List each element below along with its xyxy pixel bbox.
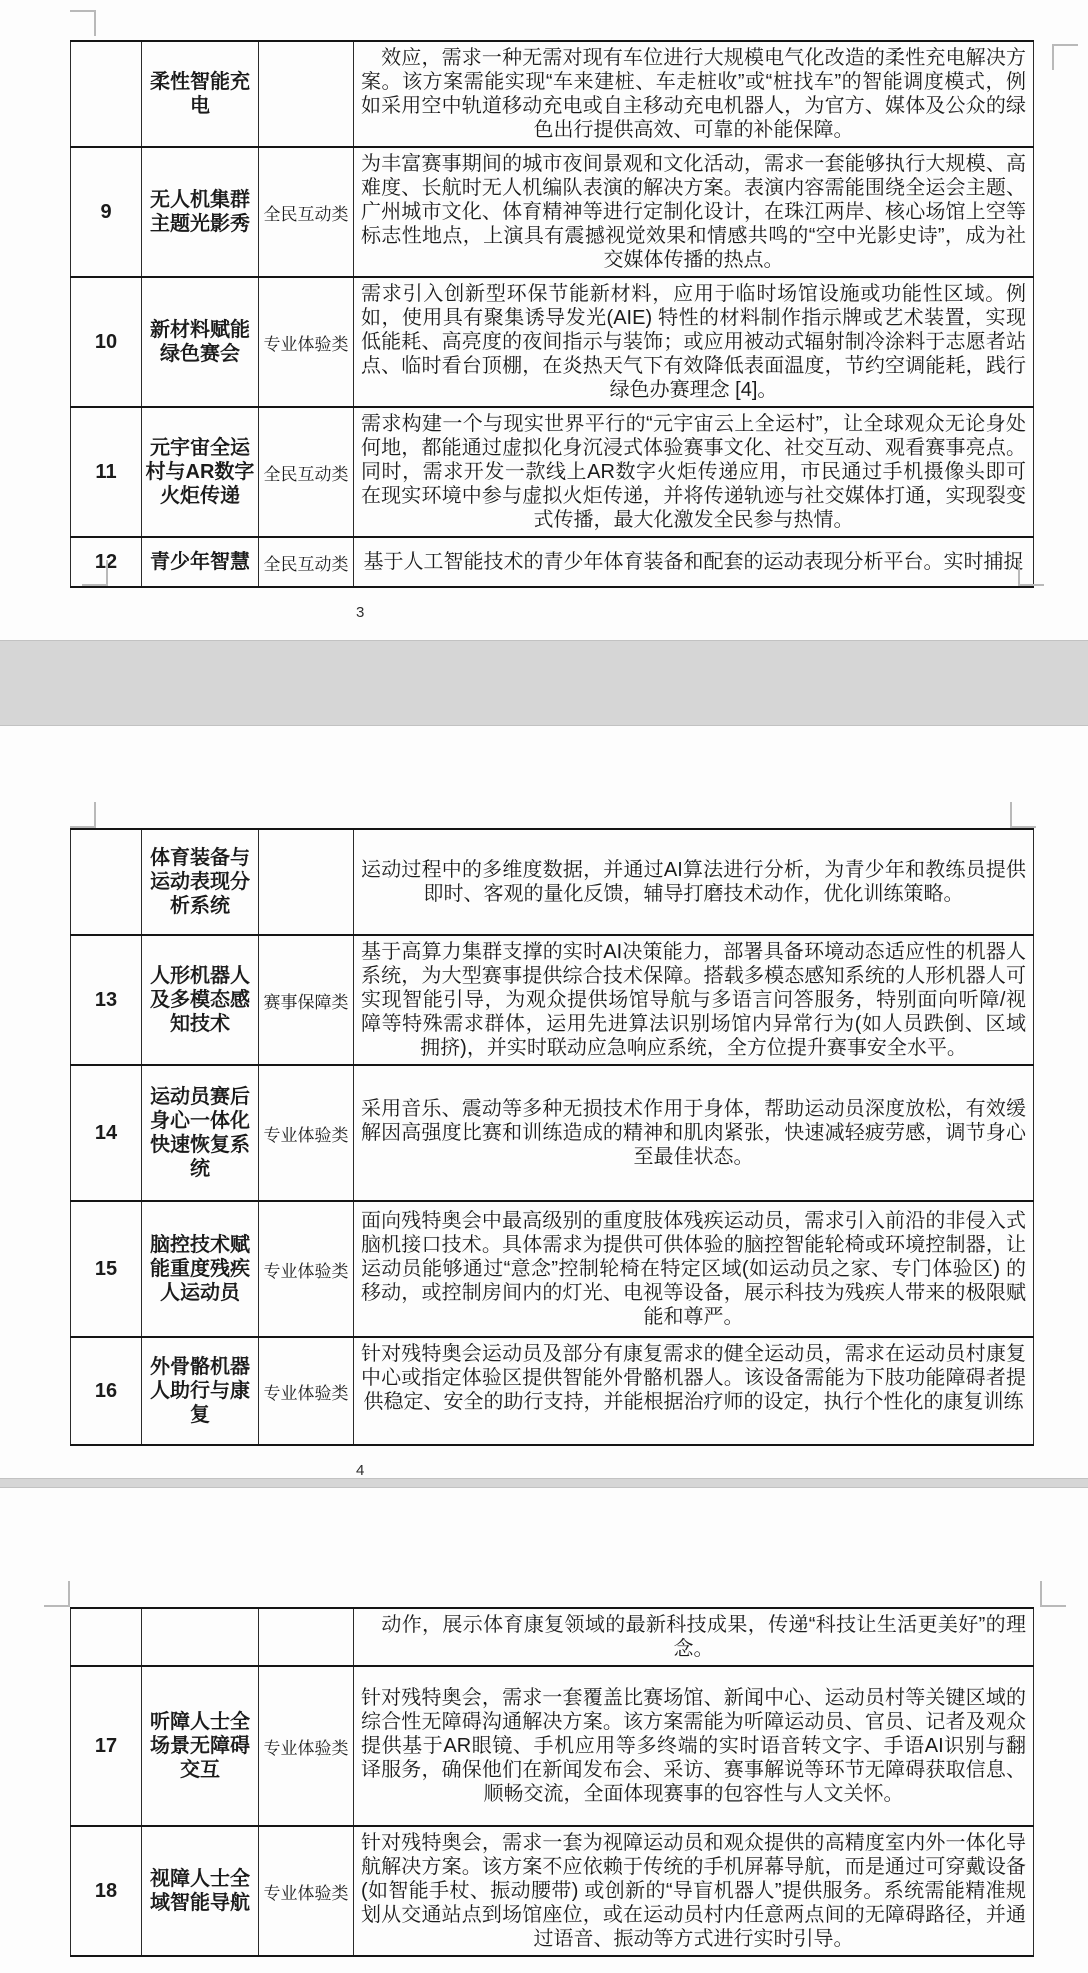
item-category-cell: 全民互动类	[259, 537, 354, 587]
table-row: 12青少年智慧全民互动类基于人工智能技术的青少年体育装备和配套的运动表现分析平台…	[71, 537, 1034, 587]
item-description-cell: 动作，展示体育康复领域的最新科技成果，传递“科技让生活更美好”的理念。	[354, 1608, 1034, 1666]
item-title-cell: 柔性智能充电	[142, 41, 259, 147]
item-category-cell: 专业体验类	[259, 1201, 354, 1337]
item-number-cell: 16	[71, 1337, 142, 1445]
item-number-cell	[71, 829, 142, 935]
item-description-cell: 采用音乐、震动等多种无损技术作用于身体，帮助运动员深度放松，有效缓解因高强度比赛…	[354, 1065, 1034, 1201]
item-category-cell	[259, 829, 354, 935]
item-category-cell: 专业体验类	[259, 277, 354, 407]
item-description-cell: 针对残特奥会，需求一套覆盖比赛场馆、新闻中心、运动员村等关键区域的综合性无障碍沟…	[354, 1666, 1034, 1826]
document-page-3: 柔性智能充电 效应，需求一种无需对现有车位进行大规模电气化改造的柔性充电解决方案…	[0, 0, 1088, 640]
item-description-cell: 基于人工智能技术的青少年体育装备和配套的运动表现分析平台。实时捕捉	[354, 537, 1034, 587]
table-row: 9无人机集群主题光影秀全民互动类为丰富赛事期间的城市夜间景观和文化活动，需求一套…	[71, 147, 1034, 277]
item-category-cell: 专业体验类	[259, 1065, 354, 1201]
margin-mark	[1010, 802, 1036, 828]
margin-mark	[1018, 560, 1044, 586]
page-number: 4	[356, 1462, 1088, 1478]
table-row: 10新材料赋能绿色赛会专业体验类需求引入创新型环保节能新材料，应用于临时场馆设施…	[71, 277, 1034, 407]
item-title-cell: 视障人士全域智能导航	[142, 1826, 259, 1956]
item-title-cell: 外骨骼机器人助行与康复	[142, 1337, 259, 1445]
item-title-cell: 无人机集群主题光影秀	[142, 147, 259, 277]
item-category-cell: 全民互动类	[259, 147, 354, 277]
requirements-table: 动作，展示体育康复领域的最新科技成果，传递“科技让生活更美好”的理念。17听障人…	[70, 1607, 1034, 1957]
table-row: 动作，展示体育康复领域的最新科技成果，传递“科技让生活更美好”的理念。	[71, 1608, 1034, 1666]
margin-mark	[1040, 1581, 1066, 1607]
table-row: 16外骨骼机器人助行与康复专业体验类针对残特奥会运动员及部分有康复需求的健全运动…	[71, 1337, 1034, 1445]
item-description-cell: 针对残特奥会运动员及部分有康复需求的健全运动员，需求在运动员村康复中心或指定体验…	[354, 1337, 1034, 1445]
item-title-cell: 青少年智慧	[142, 537, 259, 587]
item-title-cell: 人形机器人及多模态感知技术	[142, 935, 259, 1065]
item-description-cell: 面向残特奥会中最高级别的重度肢体残疾运动员，需求引入前沿的非侵入式脑机接口技术。…	[354, 1201, 1034, 1337]
item-category-cell	[259, 41, 354, 147]
table-row: 17听障人士全场景无障碍交互专业体验类针对残特奥会，需求一套覆盖比赛场馆、新闻中…	[71, 1666, 1034, 1826]
margin-mark	[1052, 44, 1078, 70]
table-row: 柔性智能充电 效应，需求一种无需对现有车位进行大规模电气化改造的柔性充电解决方案…	[71, 41, 1034, 147]
item-title-cell	[142, 1608, 259, 1666]
requirements-table: 体育装备与运动表现分析系统运动过程中的多维度数据，并通过AI算法进行分析，为青少…	[70, 828, 1034, 1446]
item-title-cell: 元宇宙全运村与AR数字火炬传递	[142, 407, 259, 537]
item-description-cell: 需求引入创新型环保节能新材料，应用于临时场馆设施或功能性区域。例如，使用具有聚集…	[354, 277, 1034, 407]
item-description-cell: 针对残特奥会，需求一套为视障运动员和观众提供的高精度室内外一体化导航解决方案。该…	[354, 1826, 1034, 1956]
item-number-cell: 13	[71, 935, 142, 1065]
page-gap	[0, 640, 1088, 726]
document-page-4: 体育装备与运动表现分析系统运动过程中的多维度数据，并通过AI算法进行分析，为青少…	[0, 726, 1088, 1478]
table-row: 14运动员赛后身心一体化快速恢复系统专业体验类采用音乐、震动等多种无损技术作用于…	[71, 1065, 1034, 1201]
item-category-cell	[259, 1608, 354, 1666]
table-row: 18视障人士全域智能导航专业体验类针对残特奥会，需求一套为视障运动员和观众提供的…	[71, 1826, 1034, 1956]
margin-mark	[70, 10, 96, 36]
item-number-cell: 17	[71, 1666, 142, 1826]
item-description-cell: 为丰富赛事期间的城市夜间景观和文化活动，需求一套能够执行大规模、高难度、长航时无…	[354, 147, 1034, 277]
item-number-cell: 9	[71, 147, 142, 277]
table-row: 15脑控技术赋能重度残疾人运动员专业体验类面向残特奥会中最高级别的重度肢体残疾运…	[71, 1201, 1034, 1337]
item-title-cell: 新材料赋能绿色赛会	[142, 277, 259, 407]
table-row: 11元宇宙全运村与AR数字火炬传递全民互动类需求构建一个与现实世界平行的“元宇宙…	[71, 407, 1034, 537]
requirements-table: 柔性智能充电 效应，需求一种无需对现有车位进行大规模电气化改造的柔性充电解决方案…	[70, 40, 1034, 588]
item-title-cell: 体育装备与运动表现分析系统	[142, 829, 259, 935]
item-category-cell: 专业体验类	[259, 1826, 354, 1956]
margin-mark	[44, 1581, 70, 1607]
item-category-cell: 专业体验类	[259, 1666, 354, 1826]
item-description-cell: 效应，需求一种无需对现有车位进行大规模电气化改造的柔性充电解决方案。该方案需能实…	[354, 41, 1034, 147]
item-description-cell: 基于高算力集群支撑的实时AI决策能力，部署具备环境动态适应性的机器人系统，为大型…	[354, 935, 1034, 1065]
item-number-cell: 15	[71, 1201, 142, 1337]
page-gap	[0, 1478, 1088, 1488]
item-title-cell: 运动员赛后身心一体化快速恢复系统	[142, 1065, 259, 1201]
margin-mark	[82, 560, 108, 586]
item-number-cell	[71, 1608, 142, 1666]
item-category-cell: 专业体验类	[259, 1337, 354, 1445]
page-number: 3	[356, 604, 1088, 621]
document-page-5: 动作，展示体育康复领域的最新科技成果，传递“科技让生活更美好”的理念。17听障人…	[0, 1488, 1088, 1973]
requirements-table-body: 动作，展示体育康复领域的最新科技成果，传递“科技让生活更美好”的理念。17听障人…	[71, 1608, 1034, 1956]
item-category-cell: 赛事保障类	[259, 935, 354, 1065]
item-title-cell: 脑控技术赋能重度残疾人运动员	[142, 1201, 259, 1337]
item-title-cell: 听障人士全场景无障碍交互	[142, 1666, 259, 1826]
margin-mark	[70, 802, 96, 828]
item-description-cell: 运动过程中的多维度数据，并通过AI算法进行分析，为青少年和教练员提供即时、客观的…	[354, 829, 1034, 935]
item-number-cell: 11	[71, 407, 142, 537]
table-row: 13人形机器人及多模态感知技术赛事保障类基于高算力集群支撑的实时AI决策能力，部…	[71, 935, 1034, 1065]
item-number-cell: 18	[71, 1826, 142, 1956]
item-description-cell: 需求构建一个与现实世界平行的“元宇宙云上全运村”，让全球观众无论身处何地，都能通…	[354, 407, 1034, 537]
requirements-table-body: 柔性智能充电 效应，需求一种无需对现有车位进行大规模电气化改造的柔性充电解决方案…	[71, 41, 1034, 587]
requirements-table-body: 体育装备与运动表现分析系统运动过程中的多维度数据，并通过AI算法进行分析，为青少…	[71, 829, 1034, 1445]
item-number-cell	[71, 41, 142, 147]
item-category-cell: 全民互动类	[259, 407, 354, 537]
table-row: 体育装备与运动表现分析系统运动过程中的多维度数据，并通过AI算法进行分析，为青少…	[71, 829, 1034, 935]
item-number-cell: 14	[71, 1065, 142, 1201]
item-number-cell: 10	[71, 277, 142, 407]
